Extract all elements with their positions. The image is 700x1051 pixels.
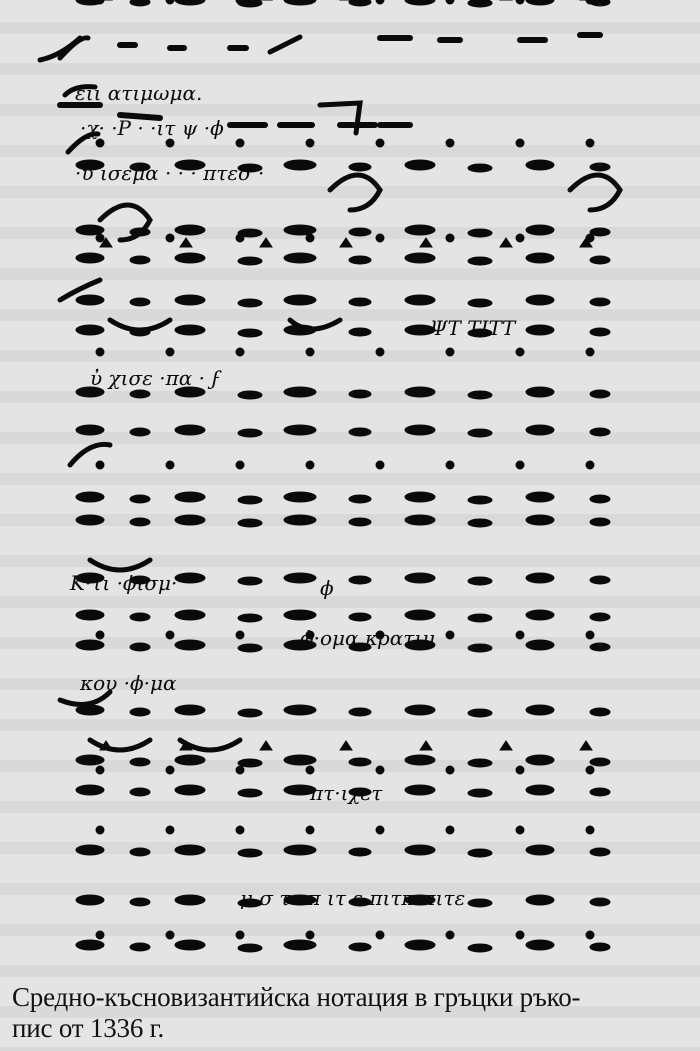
svg-text:κου ·ϕ·μα: κου ·ϕ·μα [79, 671, 177, 695]
caption-line-1: Средно-късновизантийска нотация в гръцки… [12, 982, 692, 1013]
svg-text:ϕ·ομα κρατιμ: ϕ·ομα κρατιμ [300, 626, 435, 650]
svg-text:·υ ισεμα · · · πτεσ ·: ·υ ισεμα · · · πτεσ · [75, 161, 264, 185]
svg-text:μ σ τ επ ιτ ε πιτπιπιτε: μ σ τ επ ιτ ε πιτπιπιτε [240, 886, 465, 910]
figure-caption: Средно-късновизантийска нотация в гръцки… [12, 982, 692, 1044]
neume-notation-image: ειι ατιμωμα. ·χ· ·Ρ · ·ιτ ψ ·ϕ ·υ ισεμα … [0, 0, 700, 970]
svg-text:Κ·τι ·ϕισμ·: Κ·τι ·ϕισμ· [69, 571, 177, 595]
svg-text:ὐ χισε ·πα · ϝ: ὐ χισε ·πα · ϝ [90, 366, 222, 390]
svg-text:ειι ατιμωμα.: ειι ατιμωμα. [75, 81, 202, 105]
manuscript-facsimile-figure: ειι ατιμωμα. ·χ· ·Ρ · ·ιτ ψ ·ϕ ·υ ισεμα … [0, 0, 700, 970]
svg-text:πτ·ιχετ: πτ·ιχετ [309, 781, 383, 805]
caption-line-2: пис от 1336 г. [12, 1013, 692, 1044]
svg-text:ϕ: ϕ [320, 576, 334, 600]
svg-text:·χ· ·Ρ · ·ιτ ψ ·ϕ: ·χ· ·Ρ · ·ιτ ψ ·ϕ [80, 116, 224, 140]
svg-text:ΨΤ ΤΙΤΤ: ΨΤ ΤΙΤΤ [430, 316, 517, 340]
